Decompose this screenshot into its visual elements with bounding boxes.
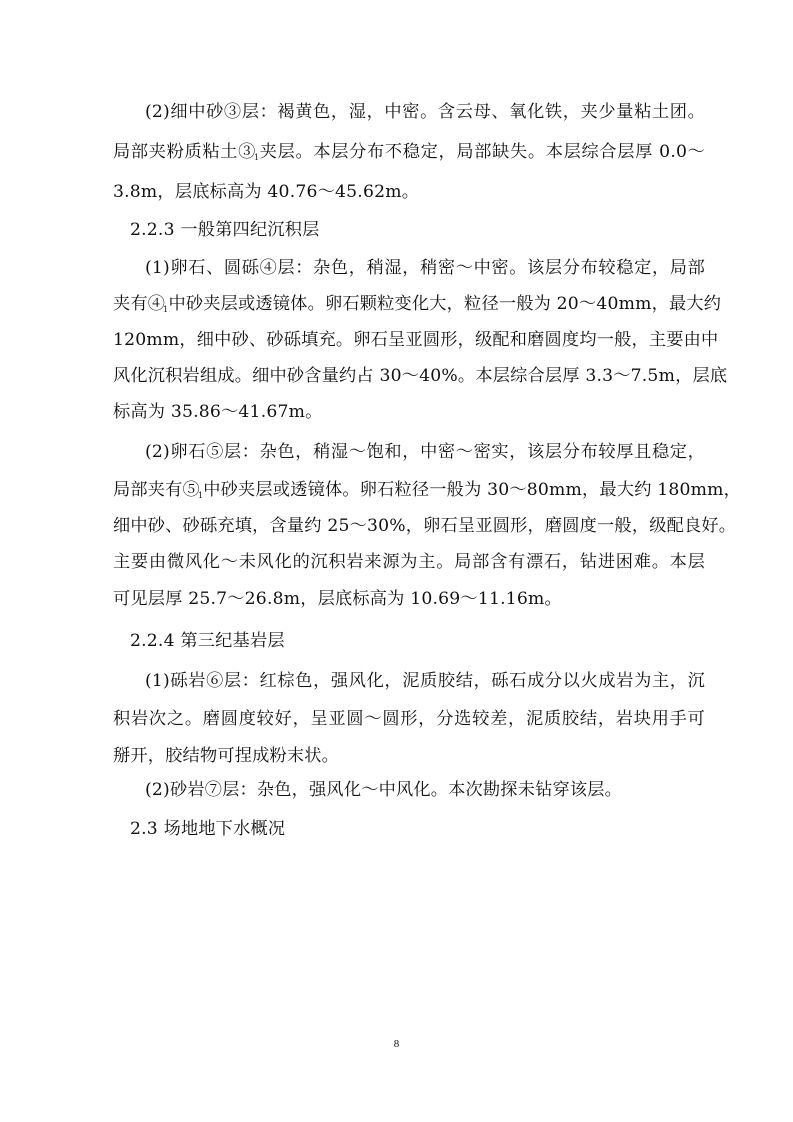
paragraph-fine-medium-sand-line-3: 3.8m，层底标高为 40.76～45.62m。 bbox=[113, 181, 419, 203]
section-heading-2-2-3: 2.2.3 一般第四纪沉积层 bbox=[130, 219, 320, 241]
paragraph-pebble-line-3: 细中砂、砂砾充填，含量约 25～30%，卵石呈亚圆形，磨圆度一般，级配良好。 bbox=[113, 515, 705, 537]
paragraph-conglomerate-line-1: (1)砾岩⑥层：红棕色，强风化，泥质胶结，砾石成分以火成岩为主，沉 bbox=[145, 670, 705, 692]
paragraph-conglomerate-line-3: 掰开，胶结物可捏成粉末状。 bbox=[113, 745, 339, 767]
text-run: 夹层。本层分布不稳定，局部缺失。本层综合层厚 0.0～ bbox=[259, 142, 705, 162]
paragraph-sandstone: (2)砂岩⑦层：杂色，强风化～中风化。本次勘探未钻穿该层。 bbox=[145, 779, 622, 801]
paragraph-pebble-line-5: 可见层厚 25.7～26.8m，层底标高为 10.69～11.16m。 bbox=[113, 588, 562, 610]
paragraph-pebble-line-4: 主要由微风化～未风化的沉积岩来源为主。局部含有漂石，钻进困难。本层 bbox=[113, 551, 705, 573]
paragraph-pebble-line-1: (2)卵石⑤层：杂色，稍湿～饱和，中密～密实，该层分布较厚且稳定， bbox=[145, 441, 705, 463]
page-number: 8 bbox=[0, 1038, 793, 1050]
text-run: 夹有④ bbox=[113, 294, 165, 314]
paragraph-pebble-line-2: 局部夹有⑤1中砂夹层或透镜体。卵石粒径一般为 30～80mm，最大约 180mm… bbox=[113, 479, 705, 507]
section-heading-2-2-4: 2.2.4 第三纪基岩层 bbox=[130, 630, 285, 652]
text-run: 中砂夹层或透镜体。卵石粒径一般为 30～80mm，最大约 180mm， bbox=[203, 480, 741, 500]
paragraph-pebble-gravel-line-2: 夹有④1中砂夹层或透镜体。卵石颗粒变化大，粒径一般为 20～40mm，最大约 bbox=[113, 293, 705, 321]
paragraph-pebble-gravel-line-3: 120mm，细中砂、砂砾填充。卵石呈亚圆形，级配和磨圆度均一般，主要由中 bbox=[113, 329, 705, 351]
section-heading-2-3: 2.3 场地地下水概况 bbox=[130, 818, 285, 840]
paragraph-fine-medium-sand-line-2: 局部夹粉质粘土③1夹层。本层分布不稳定，局部缺失。本层综合层厚 0.0～ bbox=[113, 141, 705, 169]
paragraph-fine-medium-sand-line-1: (2)细中砂③层：褐黄色，湿，中密。含云母、氧化铁，夹少量粘土团。 bbox=[145, 101, 705, 123]
text-run: 局部夹有⑤ bbox=[113, 480, 200, 500]
text-run: 局部夹粉质粘土③ bbox=[113, 142, 256, 162]
paragraph-pebble-gravel-line-5: 标高为 35.86～41.67m。 bbox=[113, 401, 323, 423]
paragraph-pebble-gravel-line-4: 风化沉积岩组成。细中砂含量约占 30～40%。本层综合层厚 3.3～7.5m，层… bbox=[113, 365, 705, 387]
paragraph-pebble-gravel-line-1: (1)卵石、圆砾④层：杂色，稍湿，稍密～中密。该层分布较稳定，局部 bbox=[145, 257, 705, 279]
text-run: 中砂夹层或透镜体。卵石颗粒变化大，粒径一般为 20～40mm，最大约 bbox=[168, 294, 721, 314]
paragraph-conglomerate-line-2: 积岩次之。磨圆度较好，呈亚圆～圆形，分选较差，泥质胶结，岩块用手可 bbox=[113, 708, 705, 730]
